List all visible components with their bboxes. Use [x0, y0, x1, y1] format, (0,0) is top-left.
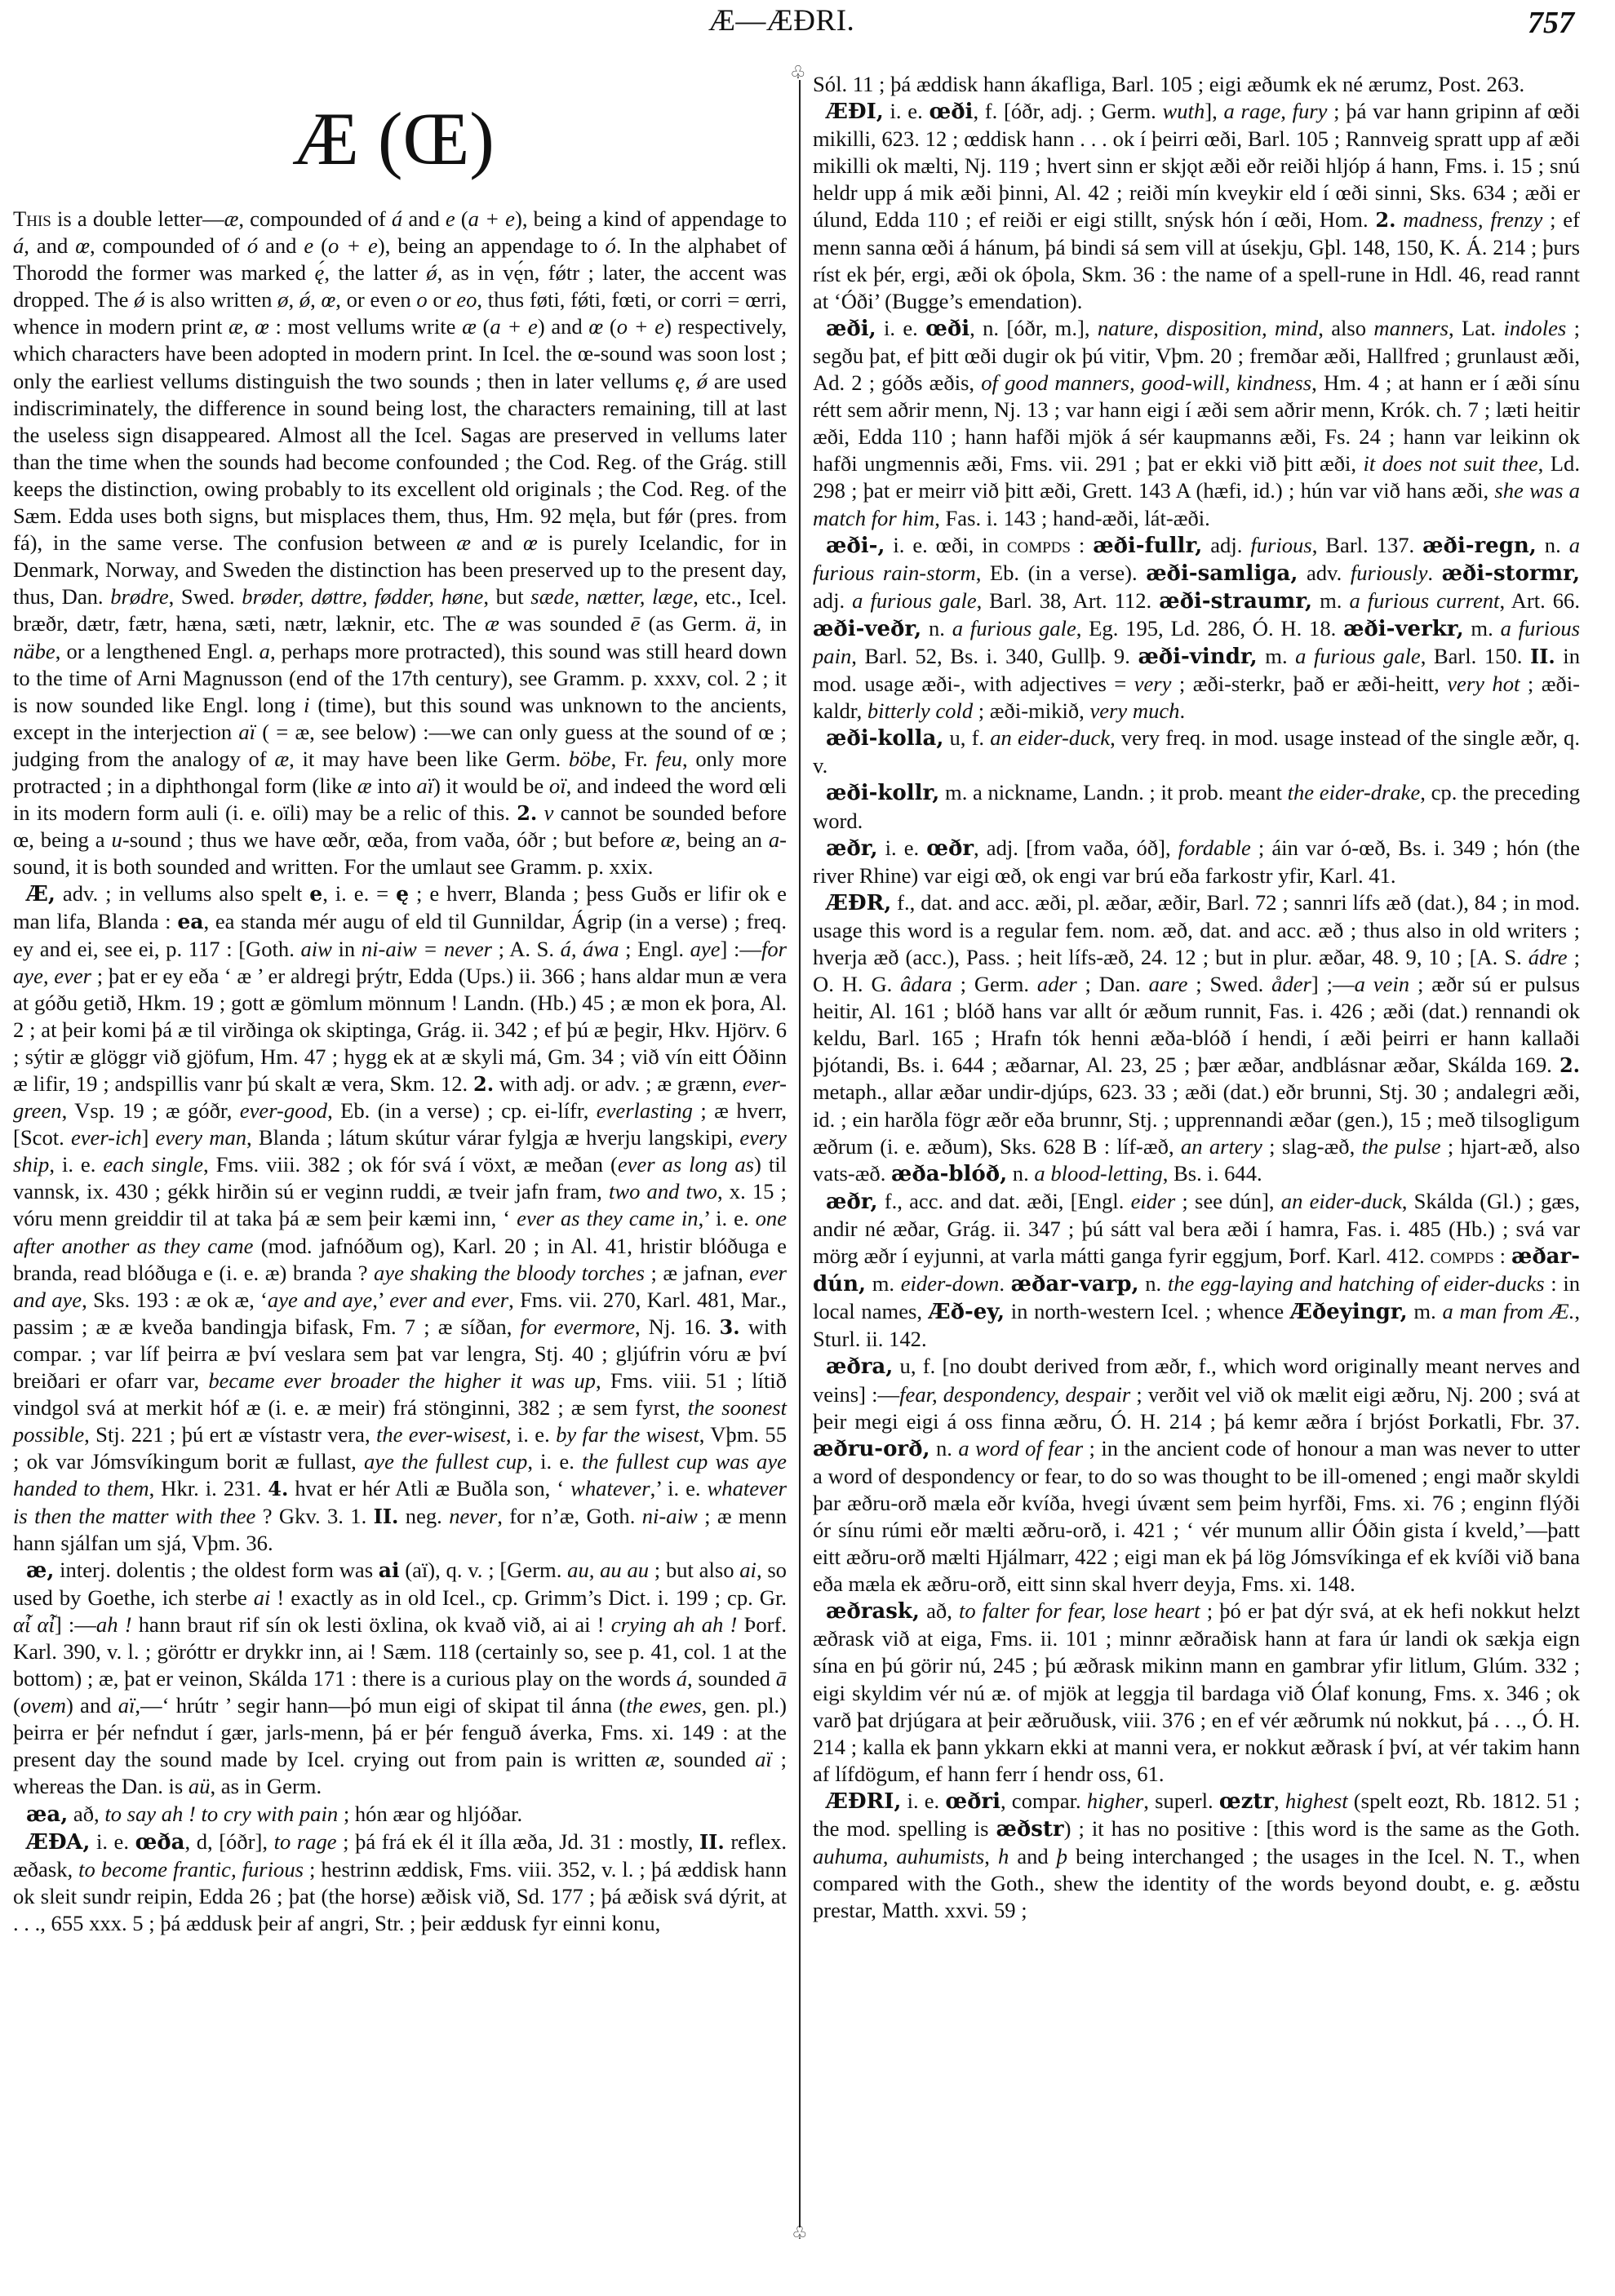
- headword: æ,: [26, 1558, 54, 1583]
- entry-text: , Swed.: [169, 584, 242, 609]
- column-divider-rule: [799, 80, 801, 2227]
- entry-text: ever as they came in: [517, 1206, 698, 1230]
- entry-text: II.: [699, 1830, 725, 1854]
- entry-text: að,: [68, 1802, 104, 1826]
- entry-text: näbe: [13, 639, 55, 663]
- entry-text: á, áwa: [561, 937, 619, 961]
- rule-ornament-bottom-icon: ♧: [792, 2224, 808, 2242]
- entry-text: m.: [1312, 588, 1349, 613]
- page-number: 757: [1528, 5, 1574, 41]
- headword: æa,: [26, 1802, 68, 1827]
- entry-text: ; slag-æð,: [1262, 1134, 1362, 1159]
- entry-text: ,—‘ hrútr ’ segir hann—þó mun eigi of sk…: [135, 1693, 626, 1718]
- entry-text: 2.: [517, 801, 537, 825]
- entry-text: (: [313, 233, 328, 258]
- entry-text: in north-western Icel. ; whence: [1005, 1299, 1290, 1323]
- entry-text: a rage, fury: [1223, 99, 1327, 123]
- entry-text: , compar.: [1001, 1788, 1087, 1813]
- entry-text: æ: [485, 611, 499, 636]
- headword: æðra,: [826, 1354, 893, 1379]
- entry-text: , Fr.: [611, 747, 656, 771]
- entry-text: , Eg. 195, Ld. 286, Ó. H. 18.: [1076, 616, 1343, 640]
- entry-text: ; Germ.: [952, 972, 1037, 996]
- entry-text: furious: [1250, 533, 1311, 557]
- entry-text: , superl.: [1143, 1788, 1219, 1813]
- entry-text: compds: [1431, 1243, 1494, 1268]
- entry-text: (: [455, 206, 468, 231]
- entry-text: very much: [1089, 698, 1179, 723]
- entry-text: the egg-laying and hatching of eider-duc…: [1168, 1271, 1545, 1296]
- entry-text: , or a lengthened Engl.: [55, 639, 260, 663]
- entry-text: m.: [1464, 616, 1501, 640]
- entry-text: ea: [177, 910, 203, 933]
- entry-text: ,’: [372, 1288, 389, 1312]
- entry-text: æ: [357, 773, 372, 798]
- entry-text: ,’ i. e.: [699, 1206, 756, 1230]
- headword: æði-stormr,: [1442, 561, 1580, 586]
- headword: æði-regn,: [1422, 534, 1537, 558]
- continued-entry: Sól. 11 ; þá æddisk hann ákafliga, Barl.…: [813, 71, 1580, 98]
- entry-text: æ: [274, 747, 289, 771]
- entry-text: (: [13, 1693, 20, 1718]
- running-title: Æ—ÆÐRI.: [708, 3, 854, 38]
- entry-text: eider: [1131, 1189, 1176, 1213]
- entry-text: að,: [920, 1598, 959, 1623]
- entry-text: was sounded: [499, 611, 631, 636]
- entry-text: , Art. 66.: [1499, 588, 1580, 613]
- entry-text: ; æði-mikið,: [973, 698, 1089, 723]
- entry-text: æ: [456, 530, 471, 555]
- entry-text: ó: [247, 233, 258, 258]
- entry-text: a blood-letting: [1034, 1161, 1162, 1186]
- entry-text: ; Swed.: [1187, 972, 1271, 996]
- entry-text: , i. e. =: [322, 881, 396, 906]
- entry-text: adv. ; in vellums also spelt: [55, 881, 309, 906]
- intro-paragraph: This is a double letter—æ, compounded of…: [13, 206, 787, 880]
- entry-text: ; but also: [649, 1558, 739, 1582]
- entry-text: ē: [630, 611, 640, 636]
- rule-ornament-top-icon: ♧: [790, 64, 806, 82]
- entry-text: , and: [24, 233, 75, 258]
- entry-text: ever-ich: [71, 1125, 142, 1150]
- entry-text: , Lat.: [1449, 316, 1503, 340]
- entry-text: furiously: [1351, 561, 1428, 585]
- dictionary-entry: æðr, i. e. œðr, adj. [from vaða, óð], fo…: [813, 835, 1580, 889]
- entry-text: , Barl. 137.: [1312, 533, 1422, 557]
- entry-text: aï: [755, 1747, 772, 1771]
- entry-text: interj. dolentis ; the oldest form was: [54, 1558, 378, 1582]
- entry-text: böbe: [569, 747, 611, 771]
- entry-text: , Bs. i. 644.: [1163, 1161, 1262, 1186]
- entry-text: the pulse: [1362, 1134, 1441, 1159]
- entry-text: æ: [224, 206, 239, 231]
- entry-text: indoles: [1503, 316, 1566, 340]
- entry-text: compds: [1007, 533, 1071, 557]
- entry-text: , in: [756, 611, 787, 636]
- entry-text: ever as long as: [618, 1152, 754, 1177]
- entry-text: ) and: [538, 314, 589, 339]
- entry-text: þ: [1057, 1844, 1067, 1868]
- entry-text: ) ; it has no positive : [this word is t…: [1064, 1816, 1580, 1841]
- entry-text: , Sks. 193 : æ ok æ, ‘: [82, 1288, 268, 1312]
- headword: æðstr: [996, 1817, 1064, 1842]
- entry-text: ; hón æar og hljóðar.: [338, 1802, 522, 1826]
- headword: æðrask,: [826, 1599, 920, 1624]
- headword: ÆÐR,: [826, 891, 891, 915]
- entry-text: , compounded of: [238, 206, 392, 231]
- headword: œðri: [945, 1789, 1001, 1814]
- entry-text: ai: [739, 1558, 756, 1582]
- entry-text: ,: [310, 287, 321, 312]
- entry-text: to become frantic, furious: [78, 1857, 304, 1882]
- entry-text: , Eb. (in a verse).: [976, 561, 1147, 585]
- entry-text: never: [449, 1504, 497, 1528]
- entry-text: wuth: [1163, 99, 1205, 123]
- entry-text: 3.: [720, 1315, 740, 1339]
- entry-text: of good manners, good-will, kindness: [981, 370, 1311, 395]
- entry-text: ę, ǿ: [675, 369, 708, 393]
- entry-text: (as Germ.: [640, 611, 745, 636]
- entry-text: aye shaking the bloody torches: [374, 1261, 645, 1285]
- entry-text: everlasting: [597, 1098, 693, 1123]
- entry-text: ai: [254, 1585, 271, 1610]
- entry-text: , Stj. 221 ; þú ert æ vístastr vera,: [84, 1422, 376, 1447]
- entry-text: , sounded: [687, 1666, 776, 1691]
- entry-text: a furious current: [1349, 588, 1499, 613]
- dictionary-entry: æði-, i. e. œði, in compds : æði-fullr, …: [813, 532, 1580, 725]
- entry-text: is also written: [144, 287, 277, 312]
- entry-text: ; þó er þat dýr svá, at ek hefi nokkut h…: [813, 1598, 1580, 1786]
- entry-text: e: [309, 882, 322, 906]
- entry-text: [537, 800, 544, 825]
- entry-text: higher: [1087, 1788, 1143, 1813]
- entry-text: ,’ i. e.: [650, 1476, 708, 1500]
- entry-text: (aï), q. v. ; [Germ.: [400, 1558, 568, 1582]
- headword: Æ,: [26, 882, 55, 906]
- dictionary-entry: Æ, adv. ; in vellums also spelt e, i. e.…: [13, 880, 787, 1556]
- entry-text: f., dat. and acc. æði, pl. æðar, æðir, B…: [813, 890, 1580, 969]
- entry-text: h: [998, 1844, 1009, 1868]
- entry-text: (: [603, 314, 617, 339]
- entry-text: n.: [1537, 533, 1569, 557]
- dictionary-entry: ÆÐR, f., dat. and acc. æði, pl. æðar, æð…: [813, 889, 1580, 1188]
- entry-text: a man from Æ.: [1442, 1299, 1574, 1323]
- entry-text: a: [769, 827, 779, 852]
- entry-text: αἶ αἶ: [13, 1612, 55, 1637]
- entry-text: , adj. [from vaða, óð],: [974, 836, 1178, 860]
- entry-text: u, f.: [943, 725, 990, 750]
- entry-text: is a double letter—: [51, 206, 224, 231]
- headword: æði-fullr,: [1093, 534, 1202, 558]
- entry-text: , i. e.: [49, 1152, 103, 1177]
- entry-text: , for n’æ, Goth.: [497, 1504, 641, 1528]
- entry-text: by far the wisest: [556, 1422, 699, 1447]
- entry-text: an eider-duck: [1281, 1189, 1402, 1213]
- entry-text: i. e.: [878, 836, 927, 860]
- entry-text: to say ah ! to cry with pain: [104, 1802, 338, 1826]
- entry-text: , Eb. (in a verse) ; cp. ei-lífr,: [327, 1098, 597, 1123]
- entry-text: á: [13, 233, 24, 258]
- entry-text: aï: [118, 1693, 135, 1718]
- entry-text: bitterly cold: [867, 698, 973, 723]
- entry-text: a furious gale: [952, 616, 1076, 640]
- entry-text: ,: [288, 287, 299, 312]
- entry-text: nature, disposition, mind: [1098, 316, 1318, 340]
- entry-text: 2.: [473, 1072, 494, 1096]
- entry-text: i. e.: [901, 1788, 945, 1813]
- entry-text: ä: [745, 611, 756, 636]
- entry-text: ǿ: [426, 260, 437, 285]
- headword: æði-veðr,: [813, 617, 921, 641]
- entry-text: n.: [1007, 1161, 1034, 1186]
- headword: Æð-ey,: [929, 1300, 1005, 1324]
- entry-text: âdara: [900, 972, 952, 996]
- entry-text: , i. e.: [527, 1449, 582, 1474]
- entry-text: ] ;—: [1311, 972, 1355, 996]
- entry-text: u: [112, 827, 122, 852]
- entry-text: ; Engl.: [619, 937, 690, 961]
- entry-text: á: [677, 1666, 687, 1691]
- entry-text: feu: [655, 747, 682, 771]
- entry-text: , f. [óðr, adj. ; Germ.: [973, 99, 1162, 123]
- entry-text: Sól. 11 ; þá æddisk hann ákafliga, Barl.…: [813, 72, 1524, 96]
- entry-text: , Hkr. i. 231.: [149, 1476, 268, 1500]
- entry-text: and: [471, 530, 523, 555]
- headword: æðr,: [826, 1190, 878, 1214]
- entry-text: and: [1009, 1844, 1057, 1868]
- headword: œði: [925, 317, 969, 341]
- entry-text: ) it would be: [433, 773, 549, 798]
- entry-text: an artery: [1181, 1134, 1262, 1159]
- entry-text: ever-good: [240, 1098, 327, 1123]
- headword: œði: [929, 100, 973, 124]
- headword: æðru-orð,: [813, 1437, 930, 1461]
- entry-text: ,: [1274, 1788, 1285, 1813]
- entry-text: a vein: [1355, 972, 1409, 996]
- entry-text: a + e: [490, 314, 537, 339]
- entry-text: æ: [660, 827, 675, 852]
- entry-text: , Fms. viii. 382 ; ok fór svá í vöxt, æ …: [203, 1152, 618, 1177]
- entry-text: an eider-duck: [990, 725, 1110, 750]
- entry-text: ; æði-sterkr, það er æði-heitt,: [1171, 672, 1447, 696]
- entry-text: , being an: [675, 827, 769, 852]
- running-head: Æ—ÆÐRI. 757: [0, 3, 1615, 42]
- entry-text: highest: [1285, 1788, 1348, 1813]
- entry-text: i. e.: [884, 99, 930, 123]
- headword: æði-kolla,: [826, 726, 943, 751]
- entry-text: , Barl. 38, Art. 112.: [977, 588, 1160, 613]
- entry-text: ǿ: [299, 287, 310, 312]
- headword: æði-vindr,: [1138, 645, 1257, 669]
- entry-text: ovem: [20, 1693, 66, 1718]
- headword: æði-verkr,: [1343, 617, 1464, 641]
- dictionary-entry: æ, interj. dolentis ; the oldest form wa…: [13, 1557, 787, 1801]
- entry-text: ; æ jafnan,: [645, 1261, 749, 1285]
- entry-text: ę́: [315, 260, 325, 285]
- entry-text: adj.: [1202, 533, 1250, 557]
- entry-text: o: [416, 287, 427, 312]
- entry-text: œ: [588, 314, 603, 339]
- entry-text: aye the fullest cup: [364, 1449, 527, 1474]
- entry-text: m. a nickname, Landn. ; it prob. meant: [939, 780, 1287, 804]
- entry-text: o + e: [617, 314, 664, 339]
- entry-text: eo: [456, 287, 477, 312]
- entry-text: a furious gale: [852, 588, 976, 613]
- entry-text: ader: [1037, 972, 1077, 996]
- entry-text: ę: [396, 882, 409, 906]
- entry-text: ), being an appendage to: [378, 233, 606, 258]
- headword: œða: [135, 1830, 185, 1855]
- headword: æða-blóð,: [891, 1162, 1007, 1186]
- dictionary-entry: æði-kollr, m. a nickname, Landn. ; it pr…: [813, 779, 1580, 834]
- entry-text: : most vellums write: [269, 314, 462, 339]
- entry-text: manners: [1373, 316, 1449, 340]
- letter-section-title: Æ (Œ): [0, 98, 787, 180]
- entry-text: every man: [156, 1125, 247, 1150]
- entry-text: , or even: [335, 287, 416, 312]
- entry-text: ]: [142, 1125, 156, 1150]
- dictionary-entry: æðr, f., acc. and dat. æði, [Engl. eider…: [813, 1188, 1580, 1354]
- entry-text: æ, œ: [228, 314, 269, 339]
- entry-text: aiw: [301, 937, 332, 961]
- entry-text: 2.: [1560, 1053, 1580, 1077]
- entry-text: æ: [462, 314, 477, 339]
- left-column: This is a double letter—æ, compounded of…: [13, 206, 787, 1937]
- entry-text: , Barl. 150.: [1421, 644, 1530, 668]
- headword: æði-straumr,: [1159, 589, 1312, 614]
- entry-text: æ: [646, 1747, 660, 1771]
- headword: œztr: [1219, 1789, 1274, 1814]
- entry-text: , Blanda ; látum skútur várar fylgja æ h…: [246, 1125, 739, 1150]
- entry-text: ǿ: [134, 287, 144, 312]
- entry-text: each single: [103, 1152, 203, 1177]
- entry-text: :: [1494, 1243, 1511, 1268]
- entry-text: ni-aiw: [642, 1504, 698, 1528]
- dictionary-entry: æði-kolla, u, f. an eider-duck, very fre…: [813, 725, 1580, 779]
- entry-text: fordable: [1178, 836, 1251, 860]
- dictionary-entry: æðrask, að, to falter for fear, lose hea…: [813, 1598, 1580, 1788]
- entry-text: , it may have been like Germ.: [289, 747, 569, 771]
- entry-text: ), being a kind of appendage to: [515, 206, 787, 231]
- entry-text: and: [402, 206, 446, 231]
- entry-text: ni-aiw = never: [362, 937, 492, 961]
- entry-text: e: [446, 206, 455, 231]
- entry-text: , Vsp. 19 ; æ góðr,: [62, 1098, 240, 1123]
- entry-text: aye and aye: [268, 1288, 372, 1312]
- entry-text: n.: [921, 616, 952, 640]
- entry-text: åder: [1271, 972, 1311, 996]
- entry-text: (: [477, 314, 490, 339]
- entry-text: brødre: [110, 584, 168, 609]
- entry-text: , but: [483, 584, 530, 609]
- entry-text: 4.: [268, 1477, 288, 1500]
- headword: ÆÐI,: [826, 100, 884, 124]
- dictionary-entry: ÆÐRI, i. e. œðri, compar. higher, superl…: [813, 1788, 1580, 1924]
- entry-text: au, au au: [567, 1558, 649, 1582]
- headword: æði,: [826, 317, 876, 341]
- entry-text: for evermore: [520, 1314, 635, 1339]
- dictionary-entry: æðra, u, f. [no doubt derived from æðr, …: [813, 1353, 1580, 1598]
- entry-text: ø: [277, 287, 288, 312]
- entry-text: to falter for fear, lose heart: [959, 1598, 1200, 1623]
- entry-text: became ever broader the higher it was up: [208, 1368, 596, 1393]
- entry-text: ah !: [96, 1612, 132, 1637]
- entry-text: n.: [930, 1436, 959, 1460]
- right-column: Sól. 11 ; þá æddisk hann ákafliga, Barl.…: [813, 71, 1580, 1924]
- entry-text: , also: [1318, 316, 1373, 340]
- entry-text: i. e.: [90, 1829, 135, 1854]
- entry-text: a + e: [468, 206, 515, 231]
- entry-text: , the latter: [324, 260, 426, 285]
- entry-text: i. e. œði, in: [885, 533, 1006, 557]
- entry-text: or: [428, 287, 457, 312]
- headword: æðr,: [826, 836, 878, 861]
- entry-text: with adj. or adv. ; æ grænn,: [494, 1071, 743, 1096]
- entry-text: v: [544, 800, 554, 825]
- entry-text: :: [1071, 533, 1093, 557]
- entry-text: the ewes: [626, 1693, 701, 1718]
- entry-text: aye: [690, 937, 721, 961]
- dictionary-entry: ÆÐA, i. e. œða, d, [óðr], to rage ; þá f…: [13, 1828, 787, 1937]
- entry-text: ] :—: [721, 937, 761, 961]
- headword: Æðeyingr,: [1290, 1300, 1408, 1324]
- entry-text: hann braut rif sín ok lesti öxlina, ok k…: [132, 1612, 611, 1637]
- entry-text: o + e: [328, 233, 378, 258]
- entry-text: a word of fear: [958, 1436, 1083, 1460]
- entry-text: , as in Germ.: [211, 1774, 322, 1798]
- entry-text: , sounded: [659, 1747, 755, 1771]
- entry-text: ? Gkv. 3. 1.: [255, 1504, 373, 1528]
- entry-text: ever and ever: [389, 1288, 508, 1312]
- entry-text: , d, [óðr],: [184, 1829, 273, 1854]
- entry-text: a furious gale: [1295, 644, 1421, 668]
- entry-text: hvat er hér Atli æ Buðla son, ‘: [288, 1476, 570, 1500]
- entry-text: œ: [322, 287, 336, 312]
- entry-text: [1395, 207, 1403, 232]
- entry-text: neg.: [398, 1504, 449, 1528]
- entry-text: , i. e.: [506, 1422, 556, 1447]
- entry-text: auhuma, auhumists: [813, 1844, 984, 1868]
- entry-text: .: [999, 1271, 1010, 1296]
- entry-text: fear, despondency, despair: [899, 1382, 1130, 1407]
- entry-text: œ: [523, 530, 538, 555]
- entry-text: ā: [776, 1666, 787, 1691]
- entry-text: ; see dún],: [1175, 1189, 1281, 1213]
- entry-text: ; þá frá ek él it ílla æða, Jd. 31 : mos…: [337, 1829, 699, 1854]
- entry-text: ; A. S.: [492, 937, 561, 961]
- entry-text: ] :—: [55, 1612, 96, 1637]
- entry-text: , n. [óðr, m.],: [969, 316, 1098, 340]
- entry-text: eider-down: [901, 1271, 1000, 1296]
- entry-text: -sound ; thus we have œðr, œða, from vað…: [122, 827, 661, 852]
- entry-text: ádre: [1528, 945, 1568, 969]
- entry-text: II.: [374, 1505, 399, 1528]
- entry-text: brøder, døttre, fødder, høne: [242, 584, 483, 609]
- entry-text: m.: [1408, 1299, 1443, 1323]
- entry-text: ) and: [66, 1693, 118, 1718]
- headword: æðar-varp,: [1011, 1272, 1139, 1296]
- entry-text: to rage: [274, 1829, 337, 1854]
- entry-text: 2.: [1375, 208, 1395, 232]
- entry-text: in: [332, 937, 362, 961]
- entry-text: This: [13, 206, 51, 231]
- entry-text: .: [1427, 561, 1441, 585]
- entry-text: n.: [1139, 1271, 1168, 1296]
- entry-text: whatever: [570, 1476, 650, 1500]
- entry-text: œ: [75, 233, 90, 258]
- headword: ÆÐA,: [26, 1830, 90, 1855]
- headword: œðr: [926, 836, 974, 861]
